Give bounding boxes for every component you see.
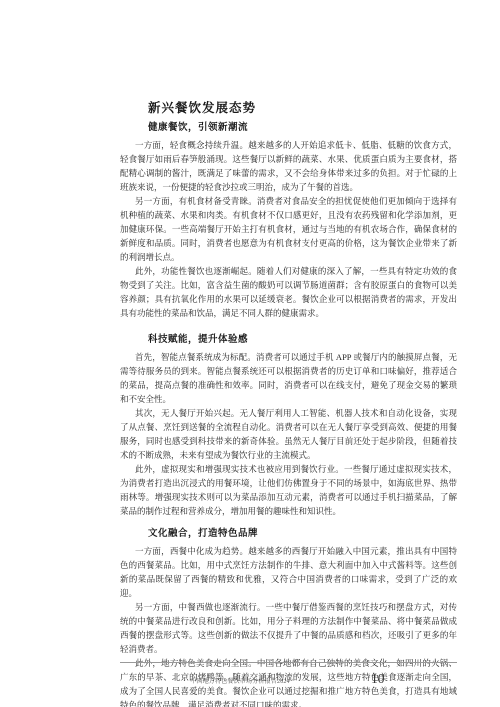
- paragraph: 一方面，西餐中化成为趋势。越来越多的西餐厅开始融入中国元素，推出具有中国特色的西…: [120, 544, 457, 600]
- paragraph: 首先，智能点餐系统成为标配。消费者可以通过手机 APP 或餐厅内的触摸屏点餐，无…: [120, 350, 457, 406]
- section-heading-health: 健康餐饮，引领新潮流: [148, 122, 457, 134]
- document-content: 新兴餐饮发展态势 健康餐饮，引领新潮流 一方面，轻食概念持续升温。越来越多的人开…: [120, 0, 457, 707]
- paragraph: 此外，功能性餐饮也逐渐崛起。随着人们对健康的深入了解，一些具有特定功效的食物受到…: [120, 264, 457, 320]
- paragraph: 一方面，轻食概念持续升温。越来越多的人开始追求低卡、低脂、低糖的饮食方式，轻食餐…: [120, 138, 457, 194]
- page-title: 新兴餐饮发展态势: [148, 101, 457, 115]
- paragraph: 其次，无人餐厅开始兴起。无人餐厅利用人工智能、机器人技术和自动化设备，实现了从点…: [120, 406, 457, 462]
- page-number: 10: [371, 671, 385, 687]
- paragraph: 此外，虚拟现实和增强现实技术也被应用到餐饮行业。一些餐厅通过虚拟现实技术，为消费…: [120, 462, 457, 518]
- paragraph: 另一方面，有机食材备受青睐。消费者对食品安全的担忧促使他们更加倾向于选择有机种植…: [120, 194, 457, 264]
- document-page: 新兴餐饮发展态势 健康餐饮，引领新潮流 一方面，轻食概念持续升温。越来越多的人开…: [0, 0, 500, 707]
- paragraph: 另一方面，中餐西做也逐渐流行。一些中餐厅借鉴西餐的烹饪技巧和摆盘方式，对传统的中…: [120, 600, 457, 656]
- section-heading-technology: 科技赋能，提升体验感: [148, 334, 457, 346]
- section-heading-culture: 文化融合，打造特色品牌: [148, 528, 457, 540]
- footer-divider: [120, 662, 457, 663]
- footer-report-title: 中国地方特色餐饮市场分析报告2024: [0, 676, 480, 685]
